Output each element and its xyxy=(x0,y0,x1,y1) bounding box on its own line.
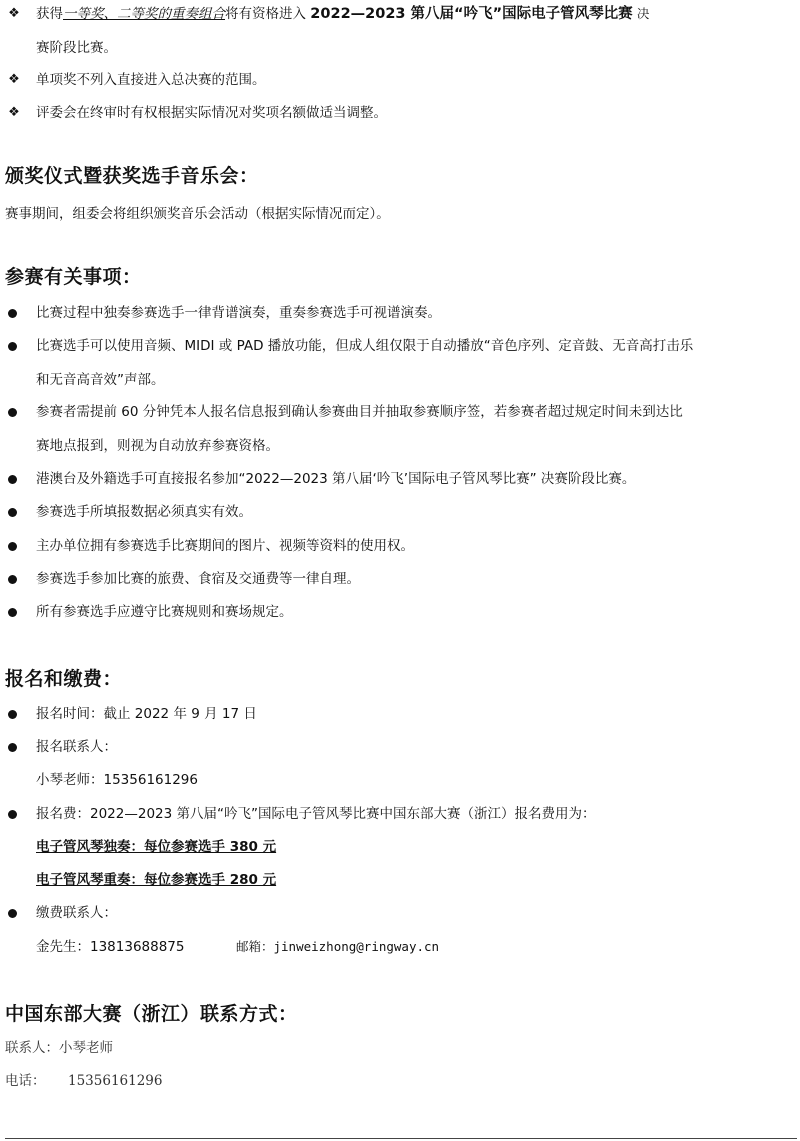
diamond-bullet-icon: ❖ xyxy=(7,4,21,24)
participation-item-3: 参赛者需提前 60 分钟凭本人报名信息报到确认参赛曲目并抽取参赛顺序签，若参赛者… xyxy=(36,402,683,422)
bullet-dot-icon xyxy=(8,508,17,517)
participation-item-3-continuation: 赛地点报到，则视为自动放弃参赛资格。 xyxy=(36,436,279,456)
bullet-dot-icon xyxy=(8,542,17,551)
bullet-dot-icon xyxy=(8,710,17,719)
contact-phone-label: 电话： xyxy=(5,1071,46,1091)
bullet-dot-icon xyxy=(8,475,17,484)
bullet-dot-icon xyxy=(8,743,17,752)
bullet-dot-icon xyxy=(8,909,17,918)
fee-ensemble: 电子管风琴重奏：每位参赛选手 280 元 xyxy=(36,870,276,890)
award-note-1: 获得一等奖、二等奖的重奏组合将有资格进入 2022—2023 第八届“吟飞”国际… xyxy=(36,4,649,24)
fee-solo: 电子管风琴独奏：每位参赛选手 380 元 xyxy=(36,837,276,857)
participation-item-5: 参赛选手所填报数据必须真实有效。 xyxy=(36,502,252,522)
participation-item-8: 所有参赛选手应遵守比赛规则和赛场规定。 xyxy=(36,602,293,622)
diamond-bullet-icon: ❖ xyxy=(7,70,21,90)
ceremony-text: 赛事期间，组委会将组织颁奖音乐会活动（根据实际情况而定）。 xyxy=(5,204,390,224)
award-note-prefix: 获得 xyxy=(36,6,63,22)
diamond-bullet-icon: ❖ xyxy=(7,103,21,123)
participation-heading: 参赛有关事项： xyxy=(5,264,142,290)
participation-item-2-continuation: 和无音高音效”声部。 xyxy=(36,370,165,390)
footer-divider xyxy=(5,1138,797,1139)
award-note-2: 单项奖不列入直接进入总决赛的范围。 xyxy=(36,70,266,90)
award-note-3: 评委会在终审时有权根据实际情况对奖项名额做适当调整。 xyxy=(36,103,387,123)
award-note-1-continuation: 赛阶段比赛。 xyxy=(36,38,117,58)
payment-contact-email: 邮箱：jinweizhong@ringway.cn xyxy=(236,937,439,957)
participation-item-1: 比赛过程中独奏参赛选手一律背谱演奏，重奏参赛选手可视谱演奏。 xyxy=(36,303,441,323)
bullet-dot-icon xyxy=(8,342,17,351)
payment-contact-label: 缴费联系人： xyxy=(36,903,117,923)
award-note-middle: 将有资格进入 xyxy=(225,6,306,22)
participation-item-7: 参赛选手参加比赛的旅费、食宿及交通费等一律自理。 xyxy=(36,569,360,589)
participation-item-4: 港澳台及外籍选手可直接报名参加“2022—2023 第八届‘吟飞’国际电子管风琴… xyxy=(36,469,635,489)
bullet-dot-icon xyxy=(8,575,17,584)
registration-fee-label: 报名费：2022—2023 第八届“吟飞”国际电子管风琴比赛中国东部大赛（浙江）… xyxy=(36,804,596,824)
bullet-dot-icon xyxy=(8,810,17,819)
contact-phone: 15356161296 xyxy=(68,1071,162,1091)
registration-heading: 报名和缴费： xyxy=(5,666,122,692)
bullet-dot-icon xyxy=(8,408,17,417)
competition-title: 2022—2023 第八届“吟飞”国际电子管风琴比赛 xyxy=(310,6,632,22)
registration-contact-value: 小琴老师：15356161296 xyxy=(36,770,198,790)
award-note-suffix: 决 xyxy=(637,6,650,21)
registration-deadline: 报名时间：截止 2022 年 9 月 17 日 xyxy=(36,704,257,724)
bullet-dot-icon xyxy=(8,309,17,318)
ceremony-heading: 颁奖仪式暨获奖选手音乐会： xyxy=(5,163,259,189)
contact-person: 联系人：小琴老师 xyxy=(5,1038,113,1058)
bullet-dot-icon xyxy=(8,608,17,617)
participation-item-6: 主办单位拥有参赛选手比赛期间的图片、视频等资料的使用权。 xyxy=(36,536,414,556)
participation-item-2: 比赛选手可以使用音频、MIDI 或 PAD 播放功能，但成人组仅限于自动播放“音… xyxy=(36,336,693,356)
payment-contact-name: 金先生：13813688875 xyxy=(36,937,184,957)
registration-contact-label: 报名联系人： xyxy=(36,737,117,757)
contact-heading: 中国东部大赛（浙江）联系方式： xyxy=(5,1001,298,1027)
award-note-emphasis: 一等奖、二等奖的重奏组合 xyxy=(63,6,225,22)
